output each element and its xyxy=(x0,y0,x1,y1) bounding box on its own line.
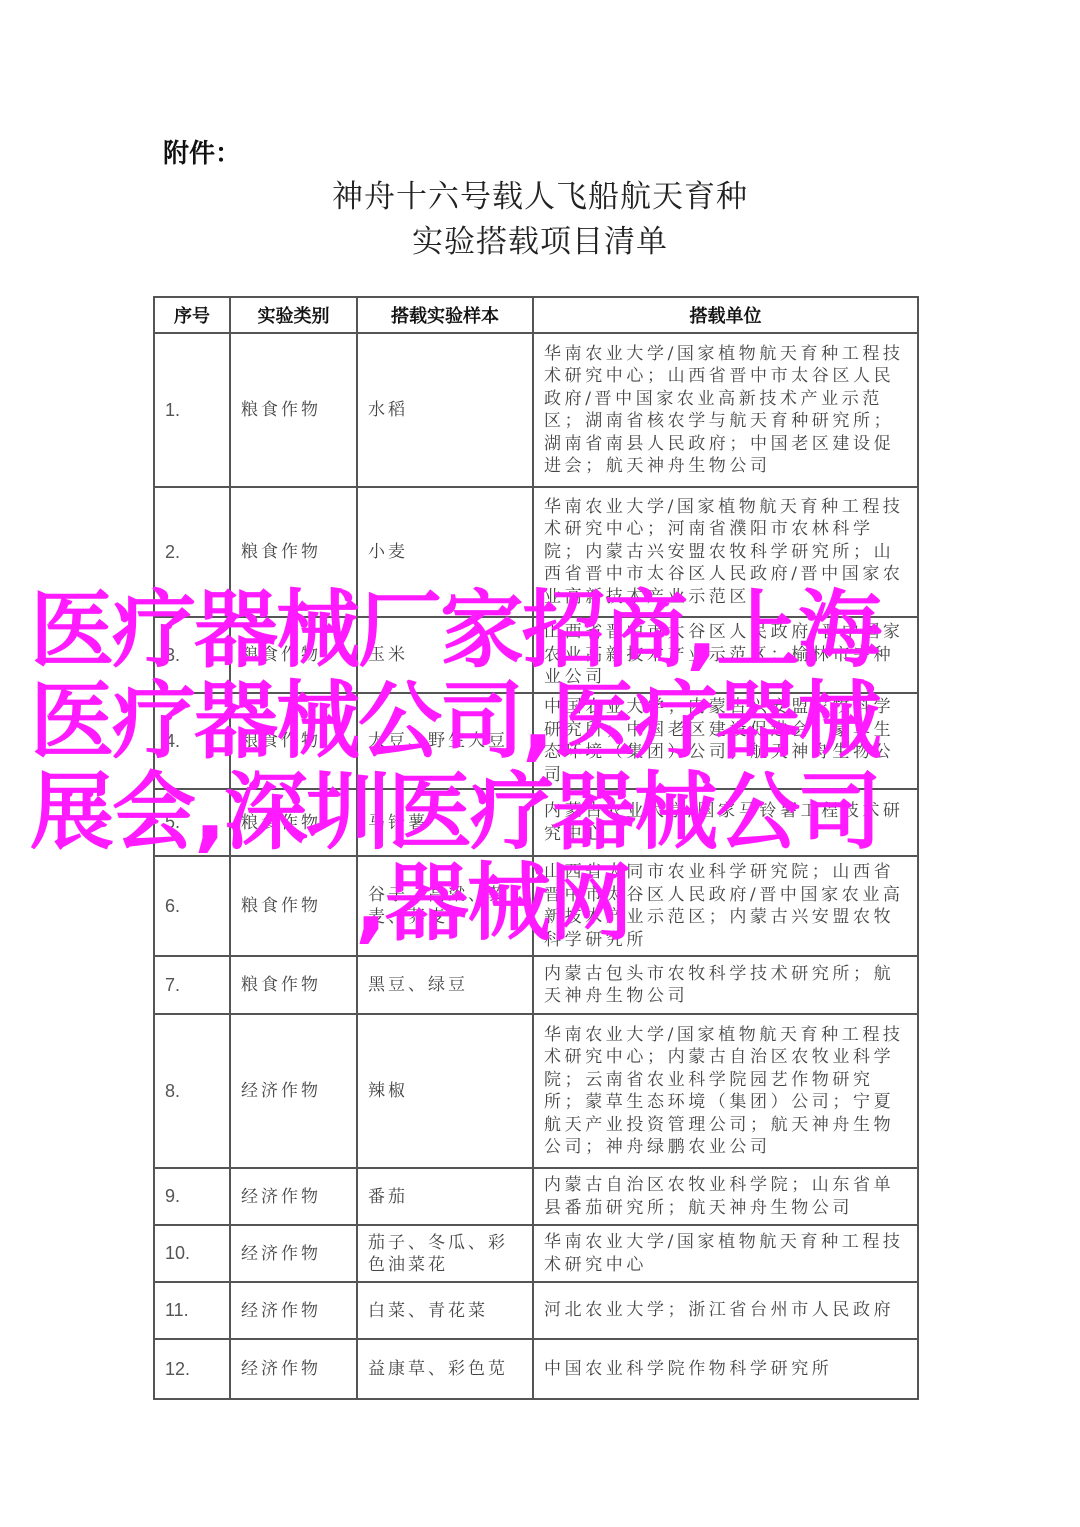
row-number: 1. xyxy=(154,333,230,487)
row-number: 11. xyxy=(154,1282,230,1339)
table-row: 11.经济作物白菜、青花菜河北农业大学；浙江省台州市人民政府 xyxy=(154,1282,918,1339)
header-no: 序号 xyxy=(154,297,230,333)
row-category: 经济作物 xyxy=(230,1014,357,1168)
header-category: 实验类别 xyxy=(230,297,357,333)
row-sample: 黑豆、绿豆 xyxy=(357,956,533,1014)
row-units: 华南农业大学/国家植物航天育种工程技术研究中心；山西省晋中市太谷区人民政府/晋中… xyxy=(533,333,918,487)
row-number: 12. xyxy=(154,1339,230,1399)
table-row: 10.经济作物茄子、冬瓜、彩色油菜花华南农业大学/国家植物航天育种工程技术研究中… xyxy=(154,1225,918,1282)
row-units: 内蒙古自治区农牧业科学院；山东省单县番茄研究所；航天神舟生物公司 xyxy=(533,1168,918,1225)
document-title-line1: 神舟十六号载人飞船航天育种 xyxy=(0,171,1080,216)
table-row: 9.经济作物番茄内蒙古自治区农牧业科学院；山东省单县番茄研究所；航天神舟生物公司 xyxy=(154,1168,918,1225)
overlay-line-2: 医疗器械公司,医疗器械 xyxy=(30,676,1050,767)
row-category: 经济作物 xyxy=(230,1225,357,1282)
overlay-line-3: 展会,深圳医疗器械公司 xyxy=(30,767,1050,858)
header-units: 搭载单位 xyxy=(533,297,918,333)
row-category: 经济作物 xyxy=(230,1339,357,1399)
row-category: 经济作物 xyxy=(230,1282,357,1339)
watermark-overlay-text: 医疗器械厂家招商,上海 医疗器械公司,医疗器械 展会,深圳医疗器械公司 ,器械网 xyxy=(30,585,1050,949)
row-units: 华南农业大学/国家植物航天育种工程技术研究中心；内蒙古自治区农牧业科学院；云南省… xyxy=(533,1014,918,1168)
row-units: 内蒙古包头市农牧科学技术研究所；航天神舟生物公司 xyxy=(533,956,918,1014)
row-sample: 茄子、冬瓜、彩色油菜花 xyxy=(357,1225,533,1282)
row-number: 9. xyxy=(154,1168,230,1225)
row-category: 经济作物 xyxy=(230,1168,357,1225)
overlay-line-1: 医疗器械厂家招商,上海 xyxy=(30,585,1050,676)
row-sample: 水稻 xyxy=(357,333,533,487)
row-sample: 白菜、青花菜 xyxy=(357,1282,533,1339)
table-row: 12.经济作物益康草、彩色苋中国农业科学院作物科学研究所 xyxy=(154,1339,918,1399)
header-sample: 搭载实验样本 xyxy=(357,297,533,333)
overlay-line-4: ,器械网 xyxy=(30,858,1050,949)
table-row: 1.粮食作物水稻华南农业大学/国家植物航天育种工程技术研究中心；山西省晋中市太谷… xyxy=(154,333,918,487)
row-units: 河北农业大学；浙江省台州市人民政府 xyxy=(533,1282,918,1339)
row-sample: 番茄 xyxy=(357,1168,533,1225)
table-row: 8.经济作物辣椒华南农业大学/国家植物航天育种工程技术研究中心；内蒙古自治区农牧… xyxy=(154,1014,918,1168)
table-row: 7.粮食作物黑豆、绿豆内蒙古包头市农牧科学技术研究所；航天神舟生物公司 xyxy=(154,956,918,1014)
row-sample: 益康草、彩色苋 xyxy=(357,1339,533,1399)
row-number: 7. xyxy=(154,956,230,1014)
table-header-row: 序号 实验类别 搭载实验样本 搭载单位 xyxy=(154,297,918,333)
row-units: 华南农业大学/国家植物航天育种工程技术研究中心 xyxy=(533,1225,918,1282)
row-units: 中国农业科学院作物科学研究所 xyxy=(533,1339,918,1399)
attachment-label: 附件： xyxy=(163,133,241,170)
row-number: 10. xyxy=(154,1225,230,1282)
row-sample: 辣椒 xyxy=(357,1014,533,1168)
document-title-line2: 实验搭载项目清单 xyxy=(0,216,1080,261)
row-category: 粮食作物 xyxy=(230,333,357,487)
row-category: 粮食作物 xyxy=(230,956,357,1014)
row-number: 8. xyxy=(154,1014,230,1168)
